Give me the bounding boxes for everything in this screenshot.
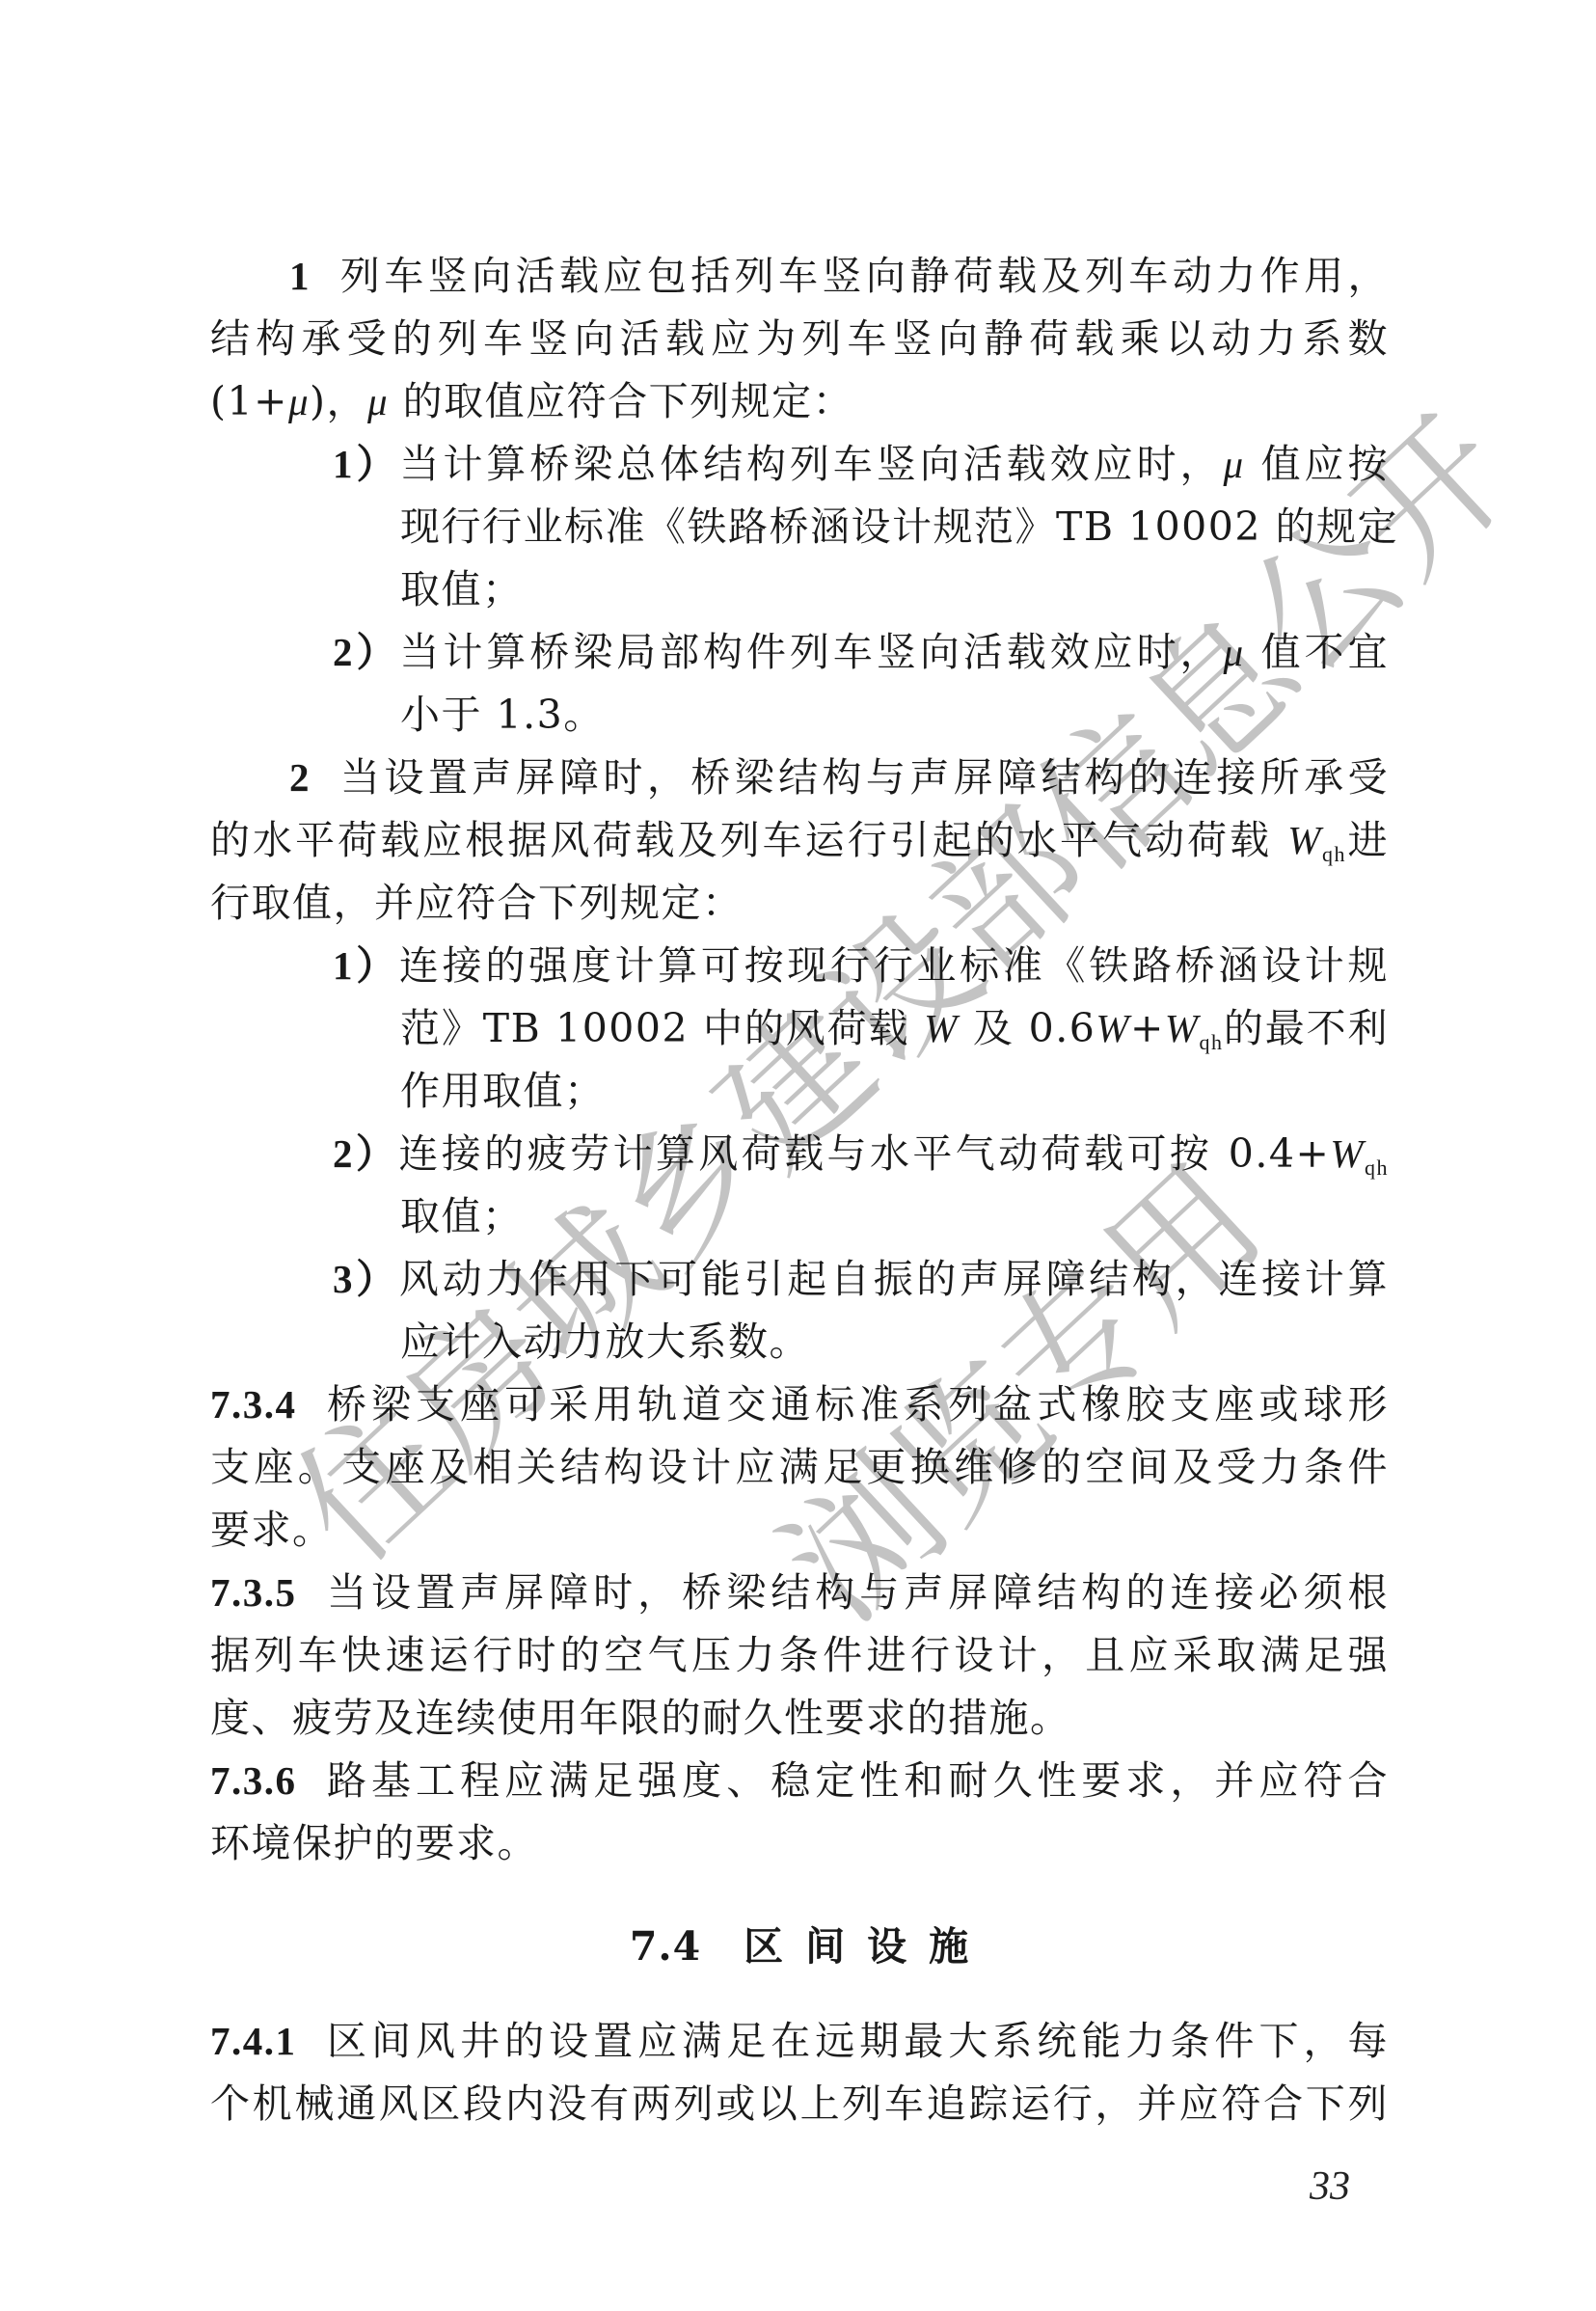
section-title-char: 区: [744, 1923, 784, 1970]
clause-number: 7.4.1: [210, 2019, 297, 2063]
item1-l3a: (1+: [210, 378, 288, 424]
item1-sub1-line1: 1）当计算桥梁总体结构列车竖向活载效应时，μ 值应按: [333, 432, 1389, 496]
clause-7-3-5-line1: 7.3.5当设置声屏障时，桥梁结构与声屏障结构的连接必须根: [210, 1561, 1389, 1624]
clause-7-3-4-line1: 7.3.4桥梁支座可采用轨道交通标准系列盆式橡胶支座或球形: [210, 1373, 1389, 1436]
mu-symbol: μ: [367, 379, 389, 423]
clause-7-3-6-line2: 环境保护的要求。: [210, 1811, 1389, 1875]
item1-line2: 结构承受的列车竖向活载应为列车竖向静荷载乘以动力系数: [210, 307, 1389, 370]
sub-label: 2）: [333, 630, 399, 674]
item2-line1: 2当设置声屏障时，桥梁结构与声屏障结构的连接所承受: [289, 746, 1389, 809]
item2-line3: 行取值，并应符合下列规定：: [210, 871, 1389, 935]
mu-symbol: μ: [288, 379, 310, 423]
section-title-char: 设: [867, 1923, 907, 1970]
clause-7-4-1-line1: 7.4.1区间风井的设置应满足在远期最大系统能力条件下，每: [210, 2009, 1389, 2073]
item1-line3: (1+μ)，μ 的取值应符合下列规定：: [210, 369, 1389, 433]
item2-l2b: 进: [1346, 817, 1389, 863]
item2-l2a: 的水平荷载应根据风荷载及列车运行引起的水平气动荷载: [210, 817, 1287, 863]
section-heading-7-4: 7.4区间设施: [210, 1915, 1389, 1978]
clause-7-4-1-line2: 个机械通风区段内没有两列或以上列车追踪运行，并应符合下列: [210, 2072, 1389, 2135]
clause-7-3-4-text: 桥梁支座可采用轨道交通标准系列盆式橡胶支座或球形: [324, 1381, 1390, 1427]
item1-sub2-l1a: 当计算桥梁局部构件列车竖向活载效应时，: [399, 629, 1223, 675]
item2-label: 2: [289, 755, 311, 800]
w-symbol: W: [1287, 818, 1322, 862]
section-title-char: 间: [805, 1923, 846, 1970]
item2-sub2-l1a: 连接的疲劳计算风荷载与水平气动荷载可按 0.4+: [398, 1130, 1330, 1177]
qh-subscript: qh: [1200, 1030, 1224, 1054]
qh-subscript: qh: [1365, 1155, 1389, 1180]
clause-number: 7.3.5: [210, 1570, 297, 1615]
section-number: 7.4: [630, 1923, 701, 1970]
sub-label: 2）: [333, 1131, 398, 1176]
clause-7-3-5-text: 当设置声屏障时，桥梁结构与声屏障结构的连接必须根: [324, 1569, 1390, 1616]
item1-sub1-l1a: 当计算桥梁总体结构列车竖向活载效应时，: [399, 441, 1223, 487]
item1-line1: 1列车竖向活载应包括列车竖向静荷载及列车动力作用，: [289, 244, 1389, 308]
item2-text-1: 当设置声屏障时，桥梁结构与声屏障结构的连接所承受: [338, 754, 1389, 801]
clause-7-3-4-line2: 支座。支座及相关结构设计应满足更换维修的空间及受力条件: [210, 1435, 1389, 1499]
section-title-char: 施: [929, 1923, 969, 1970]
w-symbol: W: [924, 1006, 959, 1050]
item2-sub1-line1: 1）连接的强度计算可按现行行业标准《铁路桥涵设计规: [333, 934, 1389, 997]
clause-7-3-5-line2: 据列车快速运行时的空气压力条件进行设计，且应采取满足强: [210, 1623, 1389, 1687]
w-symbol: W: [1330, 1131, 1365, 1176]
item1-sub2-l1b: 值不宜: [1245, 629, 1389, 675]
item2-sub3-line2: 应计入动力放大系数。: [400, 1310, 1389, 1373]
clause-7-3-5-line3: 度、疲劳及连续使用年限的耐久性要求的措施。: [210, 1686, 1389, 1750]
w-symbol: W: [1165, 1006, 1200, 1050]
sub-label: 1）: [333, 442, 399, 486]
item1-sub2-line2: 小于 1.3。: [400, 683, 1389, 747]
item1-text-1: 列车竖向活载应包括列车竖向静荷载及列车动力作用，: [338, 253, 1389, 299]
item1-sub1-line2: 现行行业标准《铁路桥涵设计规范》TB 10002 的规定: [400, 495, 1389, 558]
item1-l3c: 的取值应符合下列规定：: [389, 378, 853, 424]
item1-sub1-line3: 取值；: [400, 557, 1389, 621]
page-number: 33: [1310, 2163, 1350, 2210]
clause-7-3-4-line3: 要求。: [210, 1498, 1389, 1562]
item2-sub2-line1: 2）连接的疲劳计算风荷载与水平气动荷载可按 0.4+Wqh: [333, 1122, 1389, 1185]
item2-sub1-l2b: 及 0.6: [959, 1005, 1096, 1051]
w-symbol: W: [1096, 1006, 1130, 1050]
sub-label: 1）: [333, 943, 399, 988]
qh-subscript: qh: [1322, 842, 1346, 866]
clause-7-3-6-line1: 7.3.6路基工程应满足强度、稳定性和耐久性要求，并应符合: [210, 1749, 1389, 1812]
item1-label: 1: [289, 254, 311, 298]
plus-sign: +: [1130, 1005, 1165, 1051]
document-page: 住房城乡建设部信息公开 浏览专用 1列车竖向活载应包括列车竖向静荷载及列车动力作…: [0, 0, 1596, 2311]
item2-line2: 的水平荷载应根据风荷载及列车运行引起的水平气动荷载 Wqh进: [210, 808, 1389, 872]
item2-sub1-line2: 范》TB 10002 中的风荷载 W 及 0.6W+Wqh的最不利: [400, 996, 1389, 1060]
sub-label: 3）: [333, 1257, 399, 1301]
item1-l3b: )，: [310, 378, 367, 424]
item2-sub1-l1: 连接的强度计算可按现行行业标准《铁路桥涵设计规: [399, 942, 1389, 989]
item2-sub1-l2a: 范》TB 10002 中的风荷载: [400, 1005, 924, 1051]
item1-sub1-l1b: 值应按: [1245, 441, 1389, 487]
item2-sub1-l2d: 的最不利: [1224, 1005, 1390, 1051]
clause-7-3-6-text: 路基工程应满足强度、稳定性和耐久性要求，并应符合: [324, 1757, 1390, 1804]
item2-sub1-line3: 作用取值；: [400, 1059, 1389, 1123]
item1-sub2-line1: 2）当计算桥梁局部构件列车竖向活载效应时，μ 值不宜: [333, 620, 1389, 684]
clause-number: 7.3.6: [210, 1758, 297, 1803]
item2-sub2-line2: 取值；: [400, 1184, 1389, 1248]
mu-symbol: μ: [1224, 442, 1245, 486]
clause-7-4-1-text: 区间风井的设置应满足在远期最大系统能力条件下，每: [324, 2018, 1390, 2064]
item2-sub3-line1: 3）风动力作用下可能引起自振的声屏障结构，连接计算: [333, 1247, 1389, 1311]
item2-sub3-l1: 风动力作用下可能引起自振的声屏障结构，连接计算: [399, 1256, 1389, 1302]
clause-number: 7.3.4: [210, 1382, 297, 1427]
mu-symbol: μ: [1224, 630, 1245, 674]
